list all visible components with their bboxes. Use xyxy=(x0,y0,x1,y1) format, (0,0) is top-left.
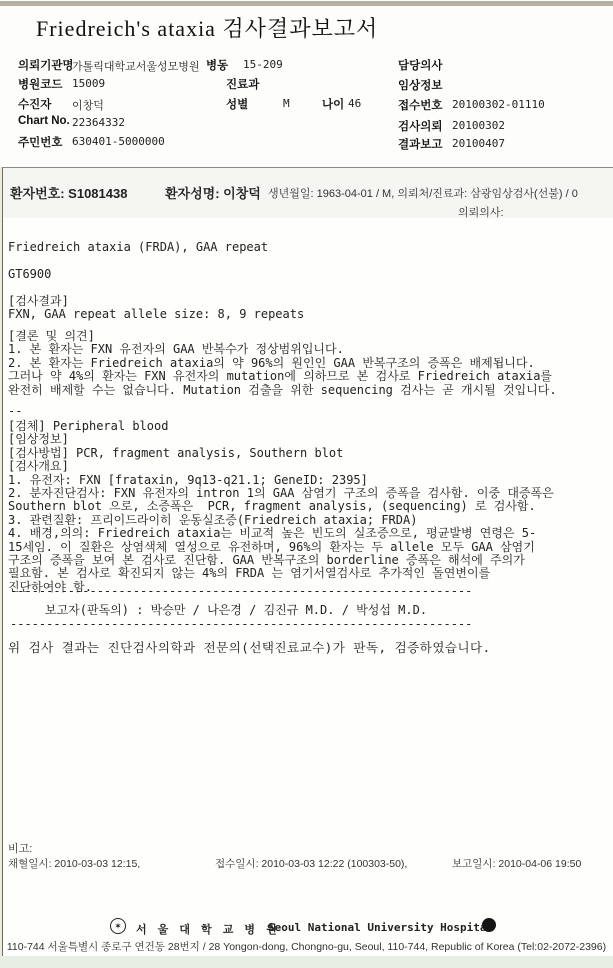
header-label-hospital-code: 병원코드 xyxy=(18,76,62,92)
patient-number: 환자번호: S1081438 xyxy=(10,183,127,202)
dashed-separator-bottom: ----------------------------------------… xyxy=(10,618,474,631)
report-line: GT6900 xyxy=(8,268,304,281)
header-value-age: 46 xyxy=(348,97,361,110)
report-page: { "title": "Friedreich's ataxia 검사결과보고서"… xyxy=(0,0,613,968)
scan-top-strip xyxy=(0,1,613,6)
header-label-clinical-info: 임상정보 xyxy=(398,77,442,93)
report-line xyxy=(8,254,304,267)
header-value-institution: 가톨릭대학교서울성모병원 xyxy=(72,58,200,74)
reported-datetime: 보고일시: 2010-04-06 19:50 xyxy=(452,856,581,871)
hospital-name-kr: 서 울 대 학 교 병 원 xyxy=(136,921,281,937)
method-block: [검체] Peripheral blood[임상정보][검사방법] PCR, f… xyxy=(8,420,554,594)
header-label-institution: 의뢰기관명 xyxy=(18,57,74,73)
header-value-resident-no: 630401-5000000 xyxy=(72,135,165,148)
header-label-accession-no: 접수번호 xyxy=(398,97,442,113)
scan-bottom-strip xyxy=(0,956,613,968)
header-label-sex: 성별 xyxy=(226,96,248,112)
report-line: Southern blot 으로, 소증폭은 PCR, fragment ana… xyxy=(8,500,554,513)
result-block: Friedreich ataxia (FRDA), GAA repeatGT69… xyxy=(8,241,304,321)
reporters-line: 보고자(판독의) : 박승만 / 나은경 / 김진규 M.D. / 박성섭 M.… xyxy=(45,601,427,618)
report-line: 완전히 배제할 수는 없습니다. Mutation 검출을 위한 sequenc… xyxy=(8,384,557,397)
header-label-department: 진료과 xyxy=(226,76,259,92)
header-value-chart-no: 22364332 xyxy=(72,116,125,129)
conclusion-block: [결론 및 의견]1. 본 환자는 FXN 유전자의 GAA 반복수가 정상범위… xyxy=(8,330,557,397)
header-label-examinee: 수진자 xyxy=(18,96,51,112)
hospital-address: 110-744 서울특별시 종로구 연건동 28번지 / 28 Yongon-d… xyxy=(0,939,613,954)
verification-line: 위 검사 결과는 진단검사의학과 전문의(선택진료교수)가 판독, 검증하였습니… xyxy=(8,638,491,656)
header-value-report-date: 20100407 xyxy=(452,137,505,150)
header-value-hospital-code: 15009 xyxy=(72,77,105,90)
black-dot-mark xyxy=(482,918,496,932)
header-label-report-date: 결과보고 xyxy=(398,136,442,152)
header-label-chart-no: Chart No. xyxy=(18,115,70,127)
report-line: [검사개요] xyxy=(8,460,554,473)
header-label-ward: 병동 xyxy=(206,57,228,73)
report-line: 4. 배경,의의: Friedreich ataxia는 비교적 높은 빈도의 … xyxy=(8,527,554,540)
report-line: 1. 본 환자는 FXN 유전자의 GAA 반복수가 정상범위입니다. xyxy=(8,343,557,356)
header-label-doctor: 담당의사 xyxy=(398,57,442,73)
collected-datetime: 채혈일시: 2010-03-03 12:15, xyxy=(8,856,140,871)
report-line: Friedreich ataxia (FRDA), GAA repeat xyxy=(8,241,304,254)
report-line: 15세임. 이 질환은 상염색체 열성으로 유전하며, 96%의 환자는 두 a… xyxy=(8,541,554,554)
report-line: [검사방법] PCR, fragment analysis, Southern … xyxy=(8,447,554,460)
page-title: Friedreich's ataxia 검사결과보고서 xyxy=(36,12,378,43)
mini-separator: -- xyxy=(8,404,22,418)
header-label-order-date: 검사의뢰 xyxy=(398,118,442,134)
report-line xyxy=(8,281,304,294)
report-line: [검사결과] xyxy=(8,295,304,308)
header-label-resident-no: 주민번호 xyxy=(18,134,62,150)
report-line: FXN, GAA repeat allele size: 8, 9 repeat… xyxy=(8,308,304,321)
header-value-accession-no: 20100302-01110 xyxy=(452,98,545,111)
header-value-sex: M xyxy=(283,97,290,110)
note-label: 비고: xyxy=(8,840,32,856)
header-value-examinee: 이창덕 xyxy=(72,97,104,113)
report-line: 그러나 약 4%의 환자는 FXN 유전자의 mutation에 의하므로 본 … xyxy=(8,370,557,383)
header-value-order-date: 20100302 xyxy=(452,119,505,132)
report-line: [검체] Peripheral blood xyxy=(8,420,554,433)
header-value-ward: 15-209 xyxy=(243,58,283,71)
patient-birth-info: 생년월일: 1963-04-01 / M, 의뢰처/진료과: 삼광임상검사(선불… xyxy=(268,185,613,201)
report-line: 필요함. 본 검사로 확진되지 않는 4%의 FRDA 는 염기서열검사로 추가… xyxy=(8,567,554,580)
hospital-name-en: Seoul National University Hospital xyxy=(268,921,493,934)
report-line: 1. 유전자: FXN [frataxin, 9q13-q21.1; GeneI… xyxy=(8,474,554,487)
dashed-separator-top: ----------------------------------------… xyxy=(10,585,474,598)
received-datetime: 접수일시: 2010-03-03 12:22 (100303-50), xyxy=(215,856,407,871)
hospital-logo-icon: ✶ xyxy=(110,918,126,934)
report-line: [임상정보] xyxy=(8,433,554,446)
patient-name: 환자성명: 이창덕 xyxy=(165,183,261,202)
referring-doctor-label: 의뢰의사: xyxy=(458,204,504,220)
header-label-age: 나이 xyxy=(322,96,344,112)
